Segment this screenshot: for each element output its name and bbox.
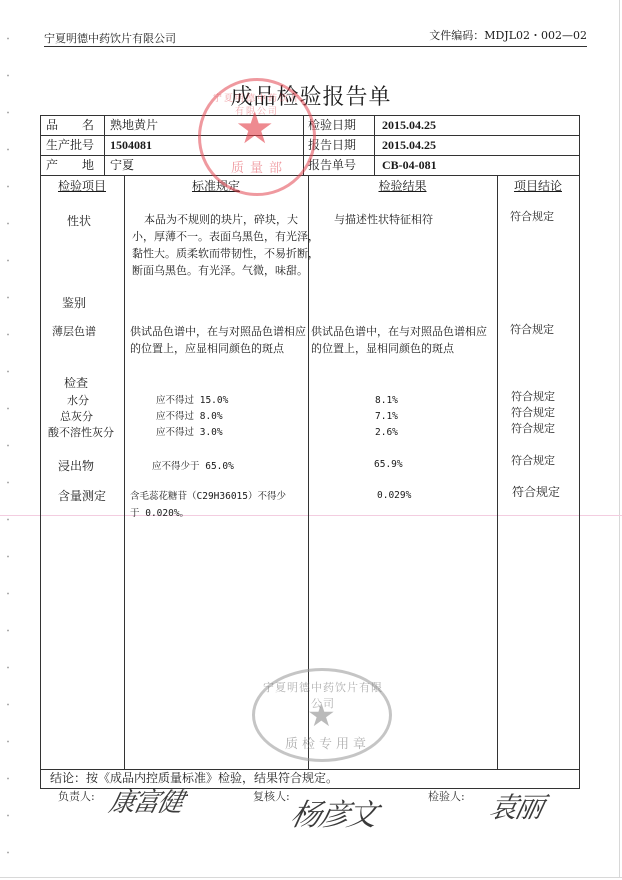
- subitem-name: 酸不溶性灰分: [48, 424, 114, 441]
- section-name: 检查: [64, 375, 88, 392]
- standard-line: 本品为不规则的块片，碎块，大: [144, 211, 298, 228]
- result-value: 8.1%: [375, 392, 398, 409]
- header-result: 检验结果: [308, 177, 497, 194]
- standard-value: 应不得少于 65.0%: [152, 458, 234, 475]
- result-value: 65.9%: [374, 456, 403, 473]
- item-name: 薄层色谱: [52, 323, 96, 340]
- quality-dept-stamp: 宁夏明德中药饮片有限公司 ★ 质量部: [198, 78, 316, 196]
- product-name-label: 品 名: [46, 115, 94, 135]
- result-value: 7.1%: [375, 408, 398, 425]
- star-icon: ★: [307, 699, 336, 731]
- subitem-name: 水分: [67, 392, 89, 409]
- document-code: 文件编码：MDJL02・002—02: [429, 27, 587, 43]
- stamp-bottom-text: 质量部: [231, 157, 288, 176]
- conclusion-text: 结论：按《成品内控质量标准》检验，结果符合规定。: [50, 769, 338, 786]
- report-no-label: 报告单号: [308, 155, 356, 175]
- conclusion-value: 符合规定: [511, 388, 555, 405]
- report-date-value: 2015.04.25: [382, 135, 436, 155]
- standard-line: 小，厚薄不一。表面乌黑色，有光泽，: [132, 228, 319, 245]
- inspector-label: 检验人:: [428, 788, 465, 804]
- reviewer-label: 复核人:: [253, 788, 290, 804]
- inspect-date-value: 2015.04.25: [382, 115, 436, 135]
- standard-line: 于 0.020%。: [130, 505, 189, 522]
- standard-value: 应不得过 15.0%: [156, 392, 228, 409]
- star-icon: ★: [235, 107, 274, 151]
- result-value: 0.029%: [377, 487, 411, 504]
- origin-value: 宁夏: [110, 155, 134, 175]
- conclusion-value: 符合规定: [510, 321, 554, 338]
- item-name: 浸出物: [58, 458, 94, 475]
- batch-value: 1504081: [110, 135, 152, 155]
- standard-value: 应不得过 3.0%: [156, 424, 223, 441]
- origin-label: 产 地: [46, 155, 94, 175]
- batch-label: 生产批号: [46, 135, 94, 155]
- inspector-signature: 袁丽: [486, 786, 547, 826]
- result-value: 与描述性状特征相符: [334, 211, 433, 228]
- scan-artifacts: [6, 20, 10, 870]
- report-no-value: CB-04-081: [382, 155, 437, 175]
- report-title: 成品检验报告单: [0, 80, 622, 111]
- result-line: 的位置上，显相同颜色的斑点: [311, 340, 454, 357]
- result-value: 2.6%: [375, 424, 398, 441]
- standard-line: 黏性大。质柔软而带韧性，不易折断，: [132, 245, 319, 262]
- page-bottom-edge: [0, 877, 622, 878]
- standard-line: 断面乌黑色。有光泽。气微，味甜。: [132, 262, 308, 279]
- document-header: 宁夏明德中药饮片有限公司 文件编码：MDJL02・002—02: [44, 26, 587, 47]
- conclusion-value: 符合规定: [510, 208, 554, 225]
- conclusion-value: 符合规定: [511, 404, 555, 421]
- responsible-label: 负责人:: [58, 788, 95, 804]
- item-name: 含量测定: [58, 488, 106, 505]
- standard-line: 的位置上，应显相同颜色的斑点: [130, 340, 284, 357]
- item-name: 性状: [67, 213, 91, 230]
- result-line: 供试品色谱中，在与对照品色谱相应: [311, 323, 487, 340]
- standard-line: 含毛蕊花糖苷（C29H36015）不得少: [130, 488, 286, 505]
- page-edge: [619, 0, 620, 878]
- standard-line: 供试品色谱中，在与对照品色谱相应: [130, 323, 306, 340]
- header-item: 检验项目: [40, 177, 124, 194]
- company-name: 宁夏明德中药饮片有限公司: [44, 30, 176, 46]
- conclusion-value: 符合规定: [512, 484, 560, 501]
- responsible-signature: 康富健: [106, 782, 186, 819]
- section-name: 鉴别: [62, 295, 86, 312]
- reviewer-signature: 杨彦文: [287, 790, 380, 834]
- product-name-value: 熟地黄片: [110, 115, 158, 135]
- subitem-name: 总灰分: [60, 408, 93, 425]
- stamp-bottom-text: 质检专用章: [285, 733, 370, 752]
- header-conclusion: 项目结论: [497, 177, 579, 194]
- conclusion-value: 符合规定: [511, 452, 555, 469]
- conclusion-value: 符合规定: [511, 420, 555, 437]
- standard-value: 应不得过 8.0%: [156, 408, 223, 425]
- qc-seal-stamp: 宁夏明德中药饮片有限公司 ★ 质检专用章: [252, 668, 392, 762]
